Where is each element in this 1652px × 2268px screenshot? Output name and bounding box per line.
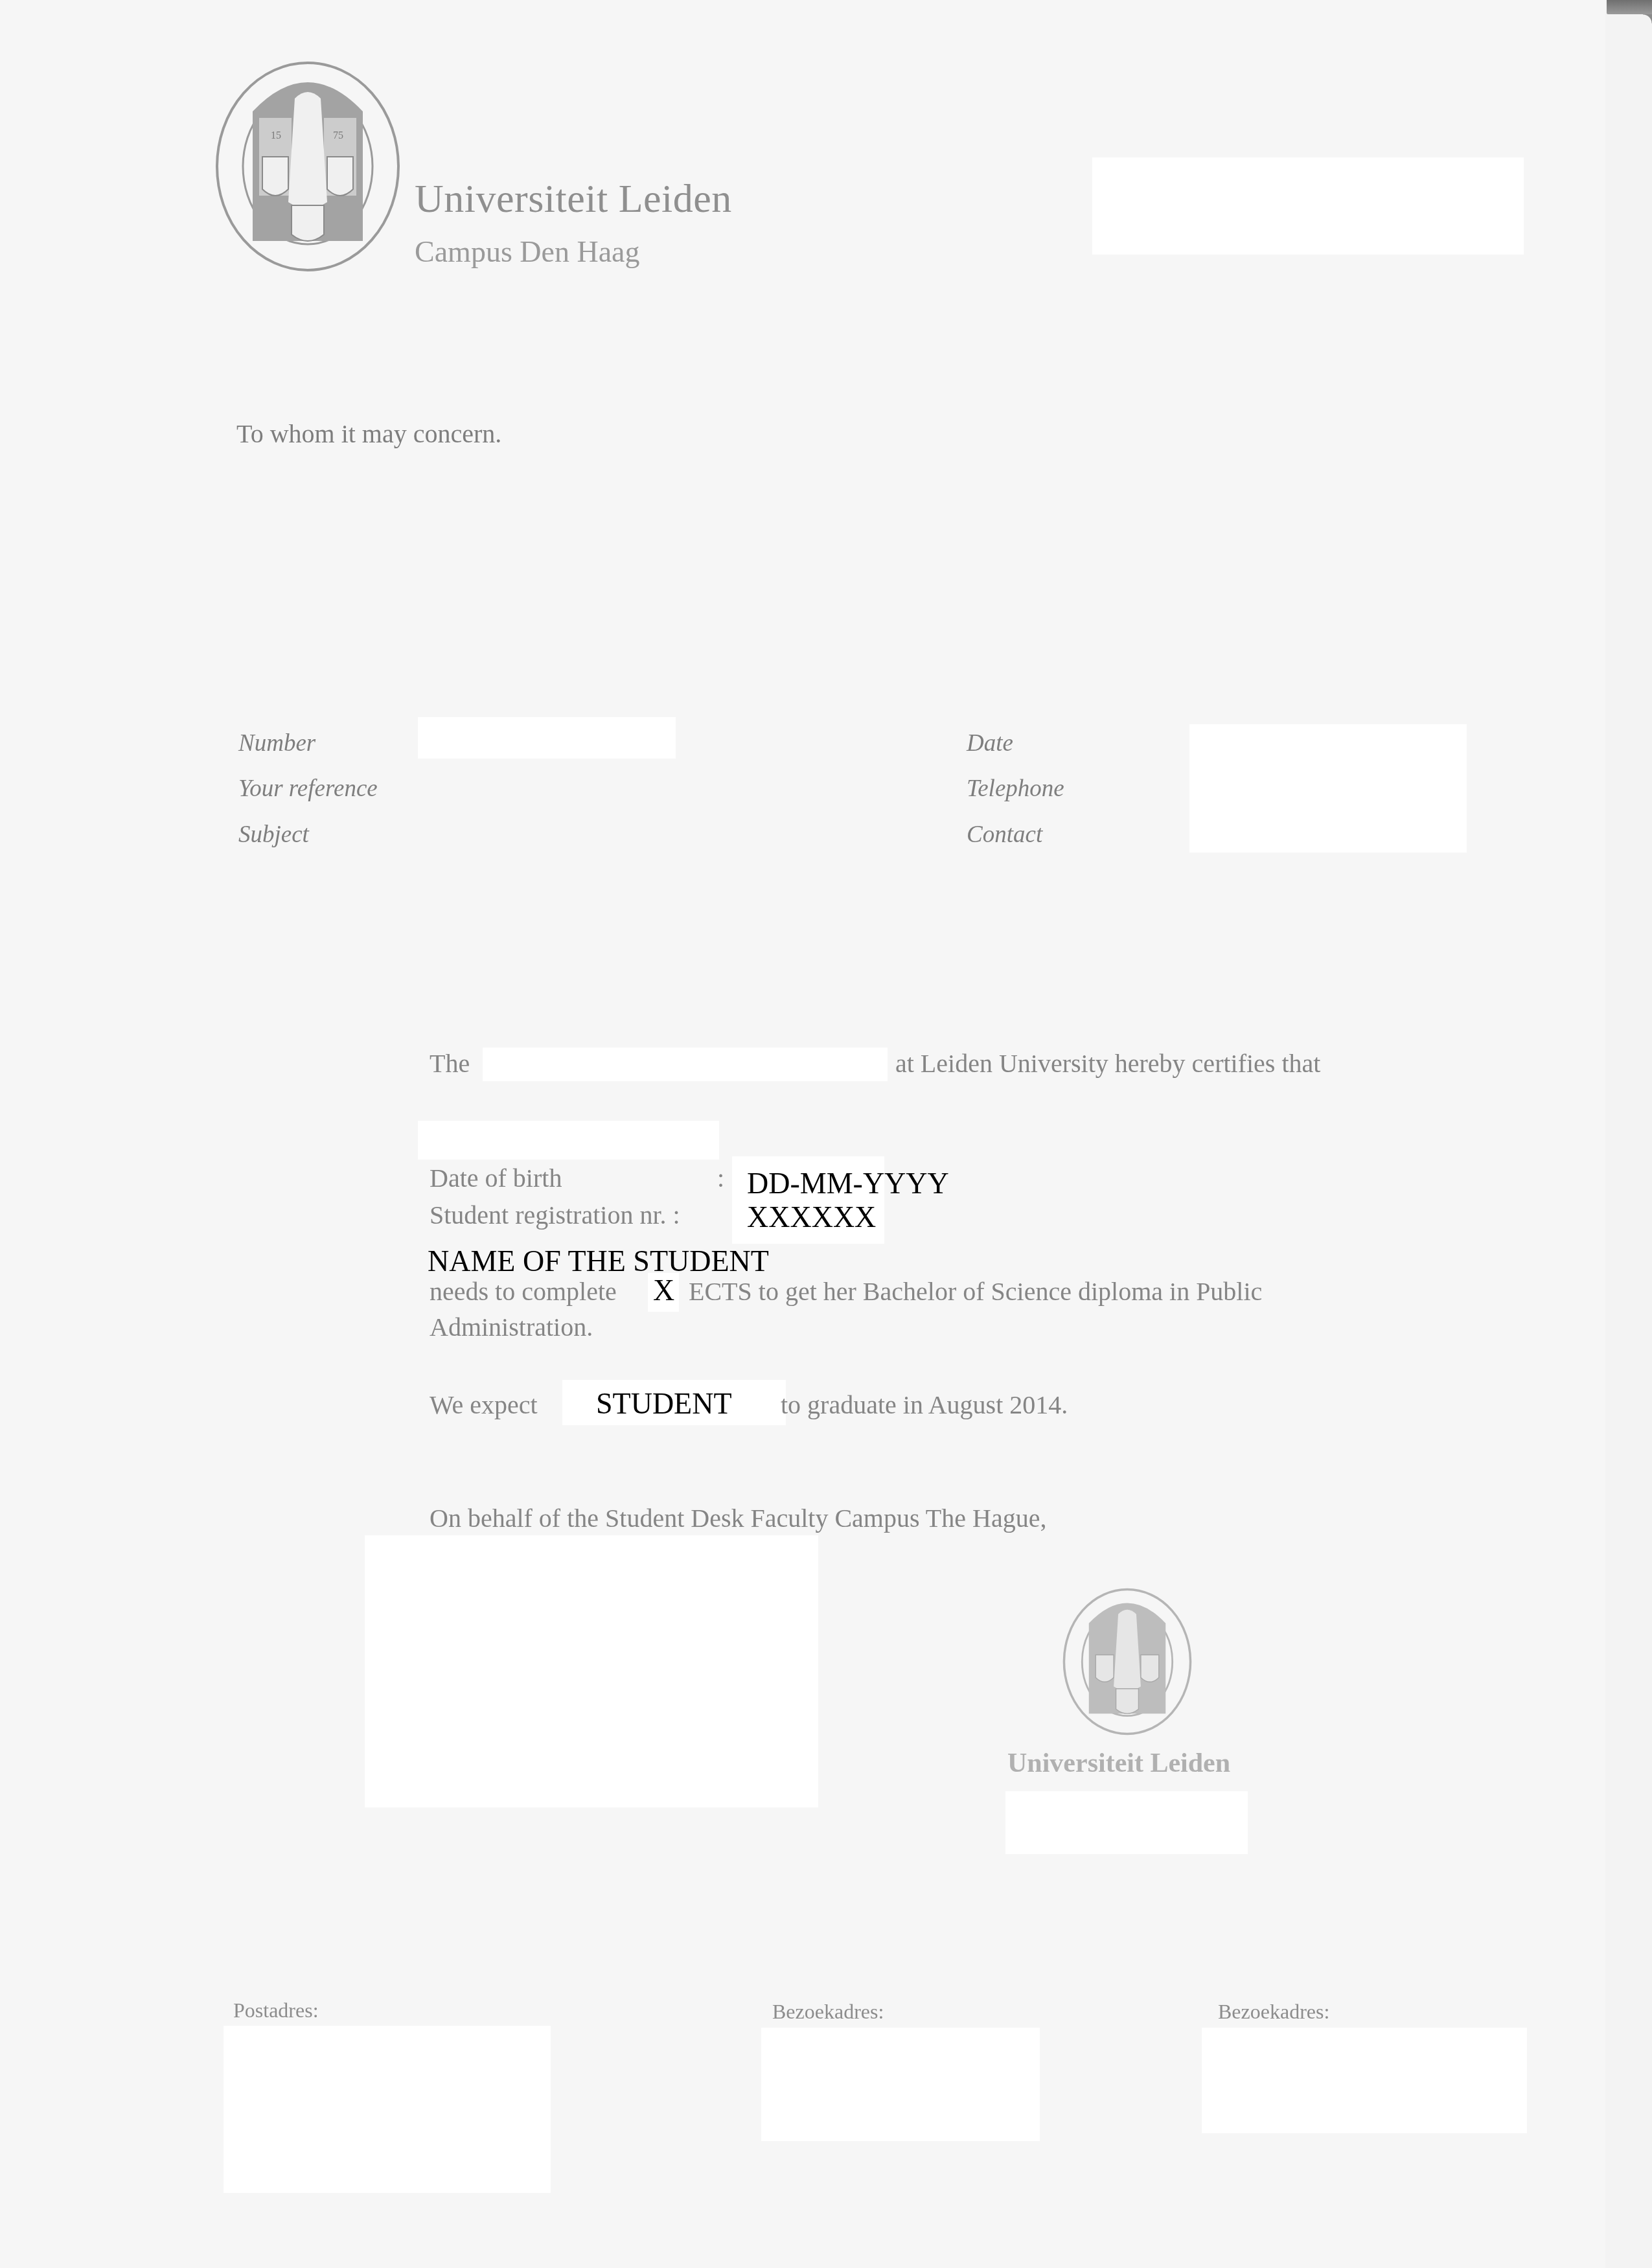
footer-label-bezoekadres-2: Bezoekadres: (1218, 2000, 1329, 2024)
redacted-bezoekadres-1 (761, 2028, 1040, 2141)
meta-label-telephone: Telephone (967, 775, 1064, 803)
dob-value: DD-MM-YYYY (747, 1166, 949, 1200)
redacted-stamp-detail (1005, 1791, 1248, 1854)
expect-start: We expect (430, 1390, 538, 1420)
university-name: Universiteit Leiden (415, 176, 732, 222)
expect-end: to graduate in August 2014. (781, 1390, 1068, 1420)
scan-edge-corner (1607, 0, 1652, 14)
closing-line: On behalf of the Student Desk Faculty Ca… (430, 1503, 1046, 1533)
meta-label-your-reference: Your reference (238, 775, 378, 803)
scan-edge (1605, 0, 1652, 2268)
redacted-address-block (1092, 157, 1524, 255)
university-seal-icon: 15 75 (214, 60, 402, 273)
reg-label: Student registration nr. : (430, 1200, 680, 1230)
campus-name: Campus Den Haag (415, 235, 639, 269)
svg-text:75: 75 (333, 130, 343, 141)
intro-start: The (430, 1048, 470, 1079)
redacted-bezoekadres-2 (1202, 2028, 1527, 2133)
meta-label-number: Number (238, 729, 315, 757)
needs-line2: Administration. (430, 1312, 593, 1342)
salutation: To whom it may concern. (236, 418, 501, 449)
redacted-faculty (483, 1048, 888, 1081)
dob-label: Date of birth (430, 1163, 562, 1193)
reg-value: XXXXXX (747, 1200, 876, 1234)
needs-start: needs to complete (430, 1276, 617, 1307)
expect-student: STUDENT (596, 1386, 732, 1421)
redacted-number (418, 717, 676, 759)
intro-end: at Leiden University hereby certifies th… (895, 1048, 1320, 1079)
footer-label-bezoekadres-1: Bezoekadres: (772, 2000, 884, 2024)
meta-label-date: Date (967, 729, 1013, 757)
redacted-postadres (224, 2026, 551, 2193)
redacted-date-contact (1189, 724, 1467, 853)
svg-text:15: 15 (271, 130, 281, 141)
meta-label-contact: Contact (967, 821, 1042, 849)
dob-colon: : (717, 1163, 724, 1193)
university-seal-icon (1059, 1587, 1195, 1736)
ects-value: X (653, 1273, 674, 1307)
footer-label-postadres: Postadres: (233, 1999, 319, 2022)
stamp-university-name: Universiteit Leiden (1007, 1748, 1230, 1779)
student-name: NAME OF THE STUDENT (428, 1244, 769, 1278)
needs-end: ECTS to get her Bachelor of Science dipl… (689, 1276, 1262, 1307)
meta-label-subject: Subject (238, 821, 309, 849)
redacted-name-line (418, 1121, 719, 1160)
redacted-signature (365, 1535, 818, 1807)
letter-page (0, 0, 1605, 2268)
